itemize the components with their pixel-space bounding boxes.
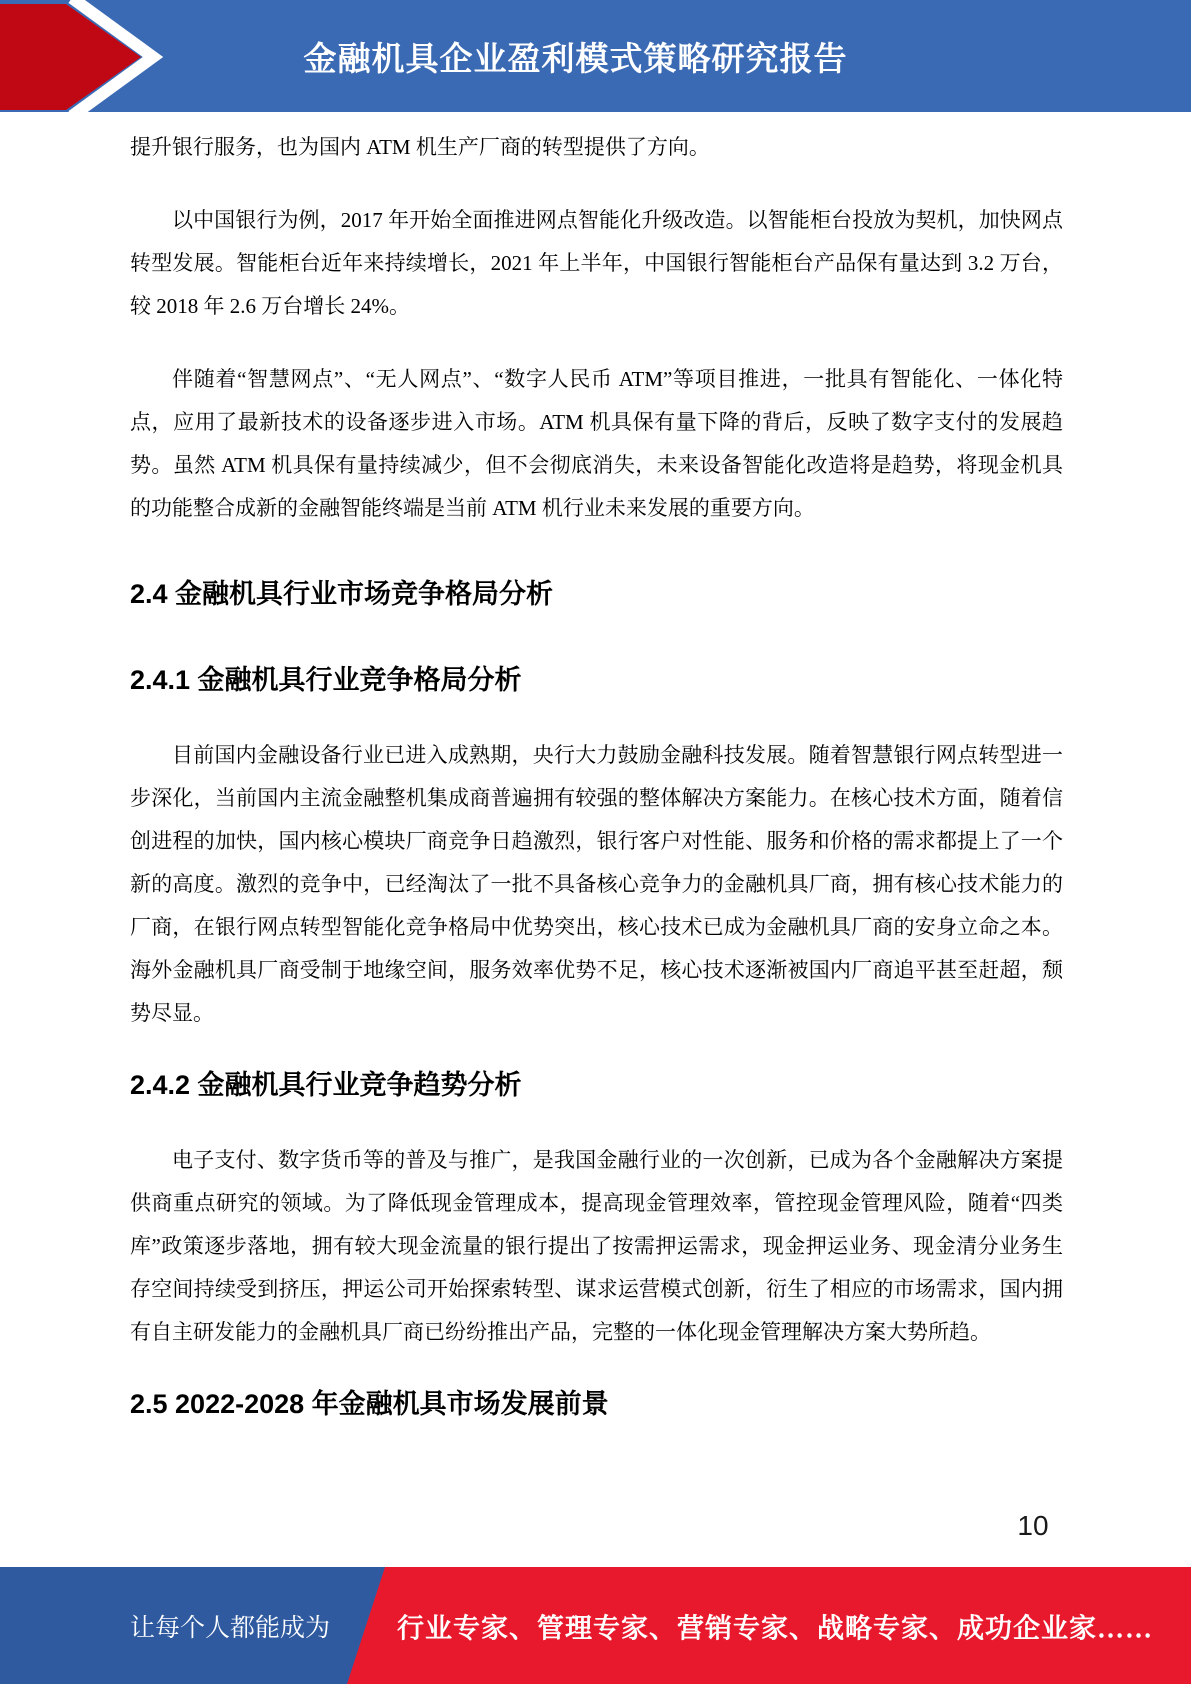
section-heading-2-4: 2.4 金融机具行业市场竞争格局分析 [130, 574, 1063, 614]
page-number: 10 [1008, 1510, 1058, 1542]
page-footer-band: 让每个人都能成为 行业专家、管理专家、营销专家、战略专家、成功企业家…… [0, 1567, 1191, 1684]
section-heading-2-4-1: 2.4.1 金融机具行业竞争格局分析 [130, 660, 1063, 700]
page-header-band: 金融机具企业盈利模式策略研究报告 [0, 0, 1191, 112]
report-title: 金融机具企业盈利模式策略研究报告 [304, 33, 888, 80]
paragraph: 提升银行服务，也为国内 ATM 机生产厂商的转型提供了方向。 [130, 126, 1063, 169]
section-heading-2-4-2: 2.4.2 金融机具行业竞争趋势分析 [130, 1065, 1063, 1105]
paragraph: 伴随着“智慧网点”、“无人网点”、“数字人民币 ATM”等项目推进，一批具有智能… [130, 358, 1063, 530]
paragraph: 目前国内金融设备行业已进入成熟期，央行大力鼓励金融科技发展。随着智慧银行网点转型… [130, 734, 1063, 1035]
paragraph: 电子支付、数字货币等的普及与推广，是我国金融行业的一次创新，已成为各个金融解决方… [130, 1139, 1063, 1354]
footer-slogan-left: 让每个人都能成为 [130, 1608, 330, 1644]
document-body: 提升银行服务，也为国内 ATM 机生产厂商的转型提供了方向。 以中国银行为例，2… [130, 112, 1063, 1424]
paragraph: 以中国银行为例，2017 年开始全面推进网点智能化升级改造。以智能柜台投放为契机… [130, 199, 1063, 328]
footer-slogan-right: 行业专家、管理专家、营销专家、战略专家、成功企业家…… [397, 1606, 1153, 1645]
red-arrow-icon [0, 0, 165, 112]
section-heading-2-5: 2.5 2022-2028 年金融机具市场发展前景 [130, 1384, 1063, 1424]
report-page: 金融机具企业盈利模式策略研究报告 提升银行服务，也为国内 ATM 机生产厂商的转… [0, 0, 1191, 1684]
